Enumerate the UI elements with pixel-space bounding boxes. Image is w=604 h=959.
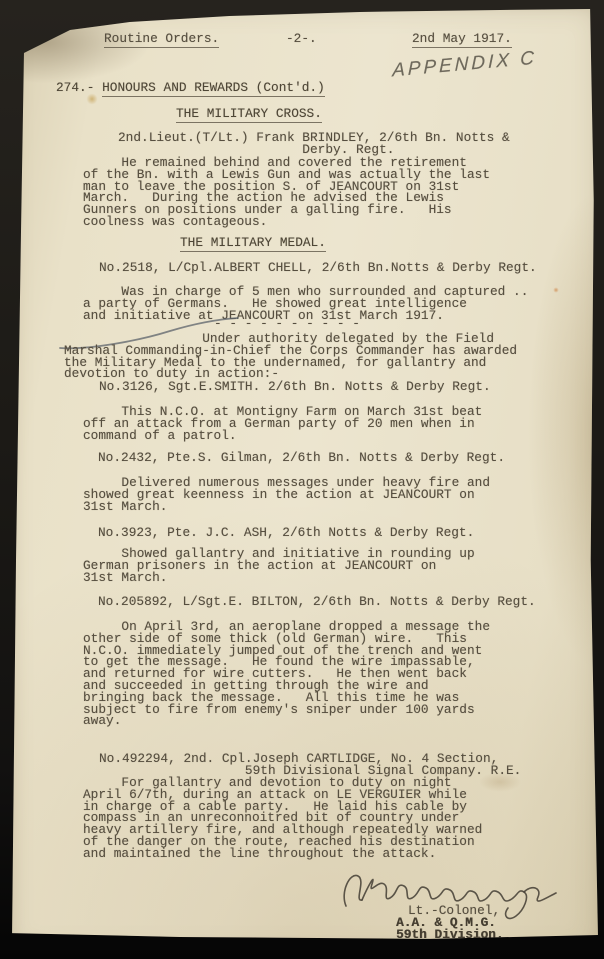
award-citation: Delivered numerous messages under heavy … xyxy=(83,477,490,512)
section-heading: 274.- HONOURS AND REWARDS (Cont'd.) xyxy=(56,82,325,94)
header-title-text: Routine Orders. xyxy=(104,31,219,48)
military-cross-heading-text: THE MILITARY CROSS. xyxy=(176,106,322,123)
header-title: Routine Orders. xyxy=(104,33,219,45)
military-cross-heading: THE MILITARY CROSS. xyxy=(176,108,322,120)
authority-note: Under authority delegated by the Field M… xyxy=(64,333,517,380)
section-number: 274.- xyxy=(56,80,94,95)
award-entry-name: No.2432, Pte.S. Gilman, 2/6th Bn. Notts … xyxy=(98,452,505,464)
award-citation: For gallantry and devotion to duty on ni… xyxy=(83,777,482,860)
document-page: Routine Orders. -2-. 2nd May 1917. APPEN… xyxy=(0,0,604,959)
section-heading-gap xyxy=(94,80,102,95)
award-citation: He remained behind and covered the retir… xyxy=(83,157,490,228)
header-date-text: 2nd May 1917. xyxy=(412,31,512,48)
award-entry-name: No.492294, 2nd. Cpl.Joseph CARTLIDGE, No… xyxy=(99,753,521,777)
page-number: -2-. xyxy=(286,33,317,45)
photo-background: Routine Orders. -2-. 2nd May 1917. APPEN… xyxy=(0,0,604,959)
header-date: 2nd May 1917. xyxy=(412,33,512,45)
award-citation: This N.C.O. at Montigny Farm on March 31… xyxy=(83,406,482,441)
footer-division: 59th Division. xyxy=(396,929,504,941)
award-entry-name: No.3126, Sgt.E.SMITH. 2/6th Bn. Notts & … xyxy=(99,381,491,393)
appendix-annotation: APPENDIX C xyxy=(392,48,537,83)
military-medal-heading: THE MILITARY MEDAL. xyxy=(180,237,326,249)
award-entry-name: No.2518, L/Cpl.ALBERT CHELL, 2/6th Bn.No… xyxy=(99,262,537,274)
military-medal-heading-text: THE MILITARY MEDAL. xyxy=(180,235,326,252)
award-entry-name: No.205892, L/Sgt.E. BILTON, 2/6th Bn. No… xyxy=(98,596,536,608)
award-citation: On April 3rd, an aeroplane dropped a mes… xyxy=(83,621,490,727)
section-title: HONOURS AND REWARDS (Cont'd.) xyxy=(102,80,325,97)
award-entry-name: No.3923, Pte. J.C. ASH, 2/6th Notts & De… xyxy=(98,527,474,539)
award-entry-name: 2nd.Lieut.(T/Lt.) Frank BRINDLEY, 2/6th … xyxy=(118,132,510,156)
award-citation: Showed gallantry and initiative in round… xyxy=(83,548,475,583)
